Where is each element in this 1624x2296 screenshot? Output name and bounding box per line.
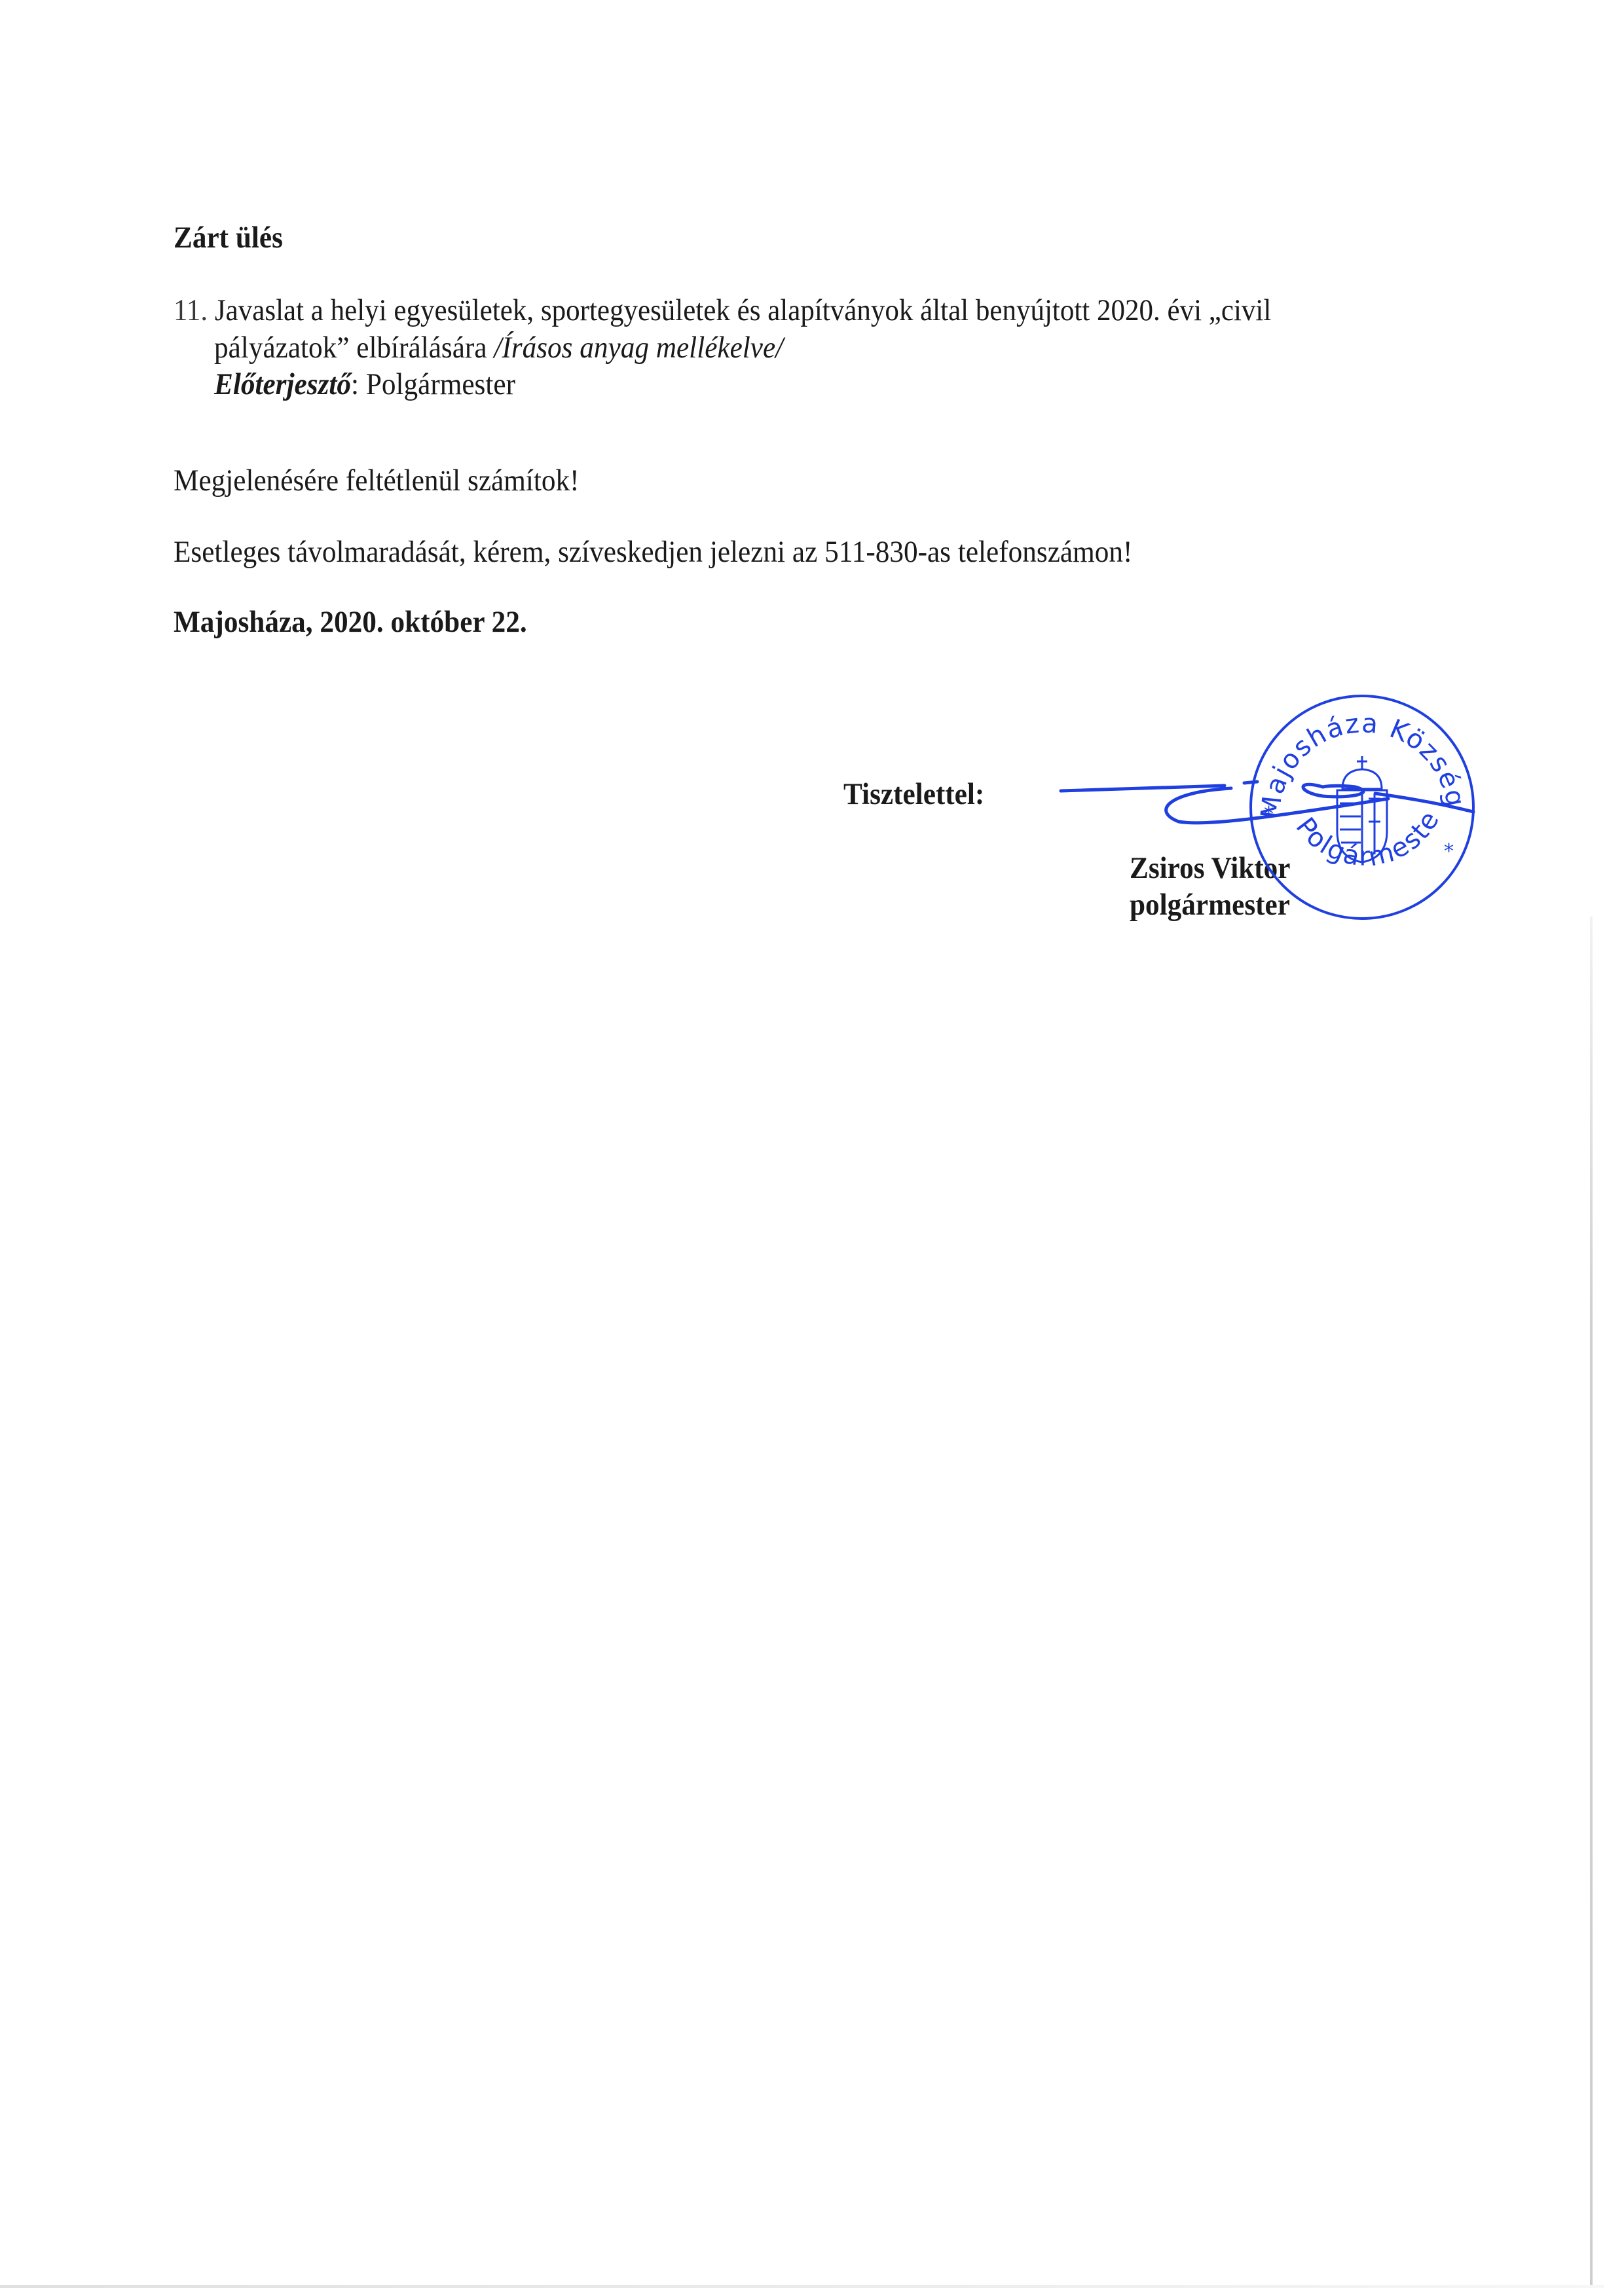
absence-paragraph: Esetleges távolmaradását, kérem, szívesk… (174, 534, 1132, 570)
closing-salutation: Tisztelettel: (843, 776, 984, 812)
place-and-date: Majosháza, 2020. október 22. (174, 604, 527, 640)
agenda-item-number: 11. (174, 293, 208, 327)
presenter-separator: : (351, 367, 366, 401)
attendance-paragraph: Megjelenésére feltétlenül számítok! (174, 462, 580, 499)
agenda-item-text: Javaslat a helyi egyesületek, sportegyes… (215, 293, 1271, 327)
agenda-item-line-1: 11. Javaslat a helyi egyesületek, sporte… (174, 293, 1271, 328)
scan-edge-line (1590, 917, 1593, 2285)
handwritten-signature (1048, 759, 1480, 831)
agenda-item-presenter: Előterjesztő: Polgármester (214, 366, 515, 403)
agenda-item-line-2: pályázatok” elbírálására /Írásos anyag m… (214, 329, 783, 366)
section-heading: Zárt ülés (174, 219, 283, 256)
attachment-note: /Írásos anyag mellékelve/ (494, 331, 783, 365)
stamp-star-right-icon: * (1444, 840, 1454, 863)
scan-bottom-edge (0, 2285, 1604, 2288)
document-page: Zárt ülés 11. Javaslat a helyi egyesület… (0, 0, 1624, 2296)
agenda-item-text-cont: pályázatok” elbírálására (214, 331, 494, 365)
presenter-label: Előterjesztő (214, 367, 351, 401)
presenter-value: Polgármester (366, 367, 515, 401)
